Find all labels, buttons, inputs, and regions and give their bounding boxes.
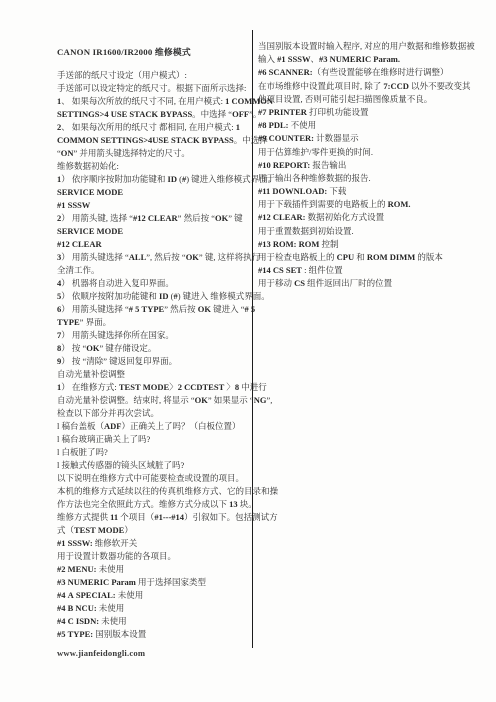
text-line: #8 PDL: 不使用 [258,119,470,132]
text-line: 1） 依序顺序按附加功能键和 ID (#) 键进入维修模式界面。 [57,173,249,186]
text-line: 用于输出各种维修数据的报告. [258,172,470,185]
text-line: #4 B NCU: 未使用 [57,602,249,615]
text-line: #12 CLEAR [57,238,249,251]
text-line: 5） 依顺序按附加功能键和 ID (#) 键进入 维修模式界面。 [57,290,249,303]
text-line: 2） 用箭头键, 选择 “#12 CLEAR” 然后按 “OK” 键 [57,212,249,225]
text-line: TYPE” 界面。 [57,316,249,329]
text-line: 8） 按 “OK” 键存储设定。 [57,342,249,355]
text-line: 用于估算维护/零件更换的时间. [258,146,470,159]
text-line: 手送部可以设定特定的纸尺寸。根据下面所示选择: [57,82,249,95]
text-line: 9） 按 “清除” 键返回复印界面。 [57,355,249,368]
text-line: #9 COUNTER: 计数器显示 [258,132,470,145]
text-line: 在市场维修中设置此项目时, 除了 7:CCD 以外不要改变其 [258,80,470,93]
text-line: 2、 如果每次所用的纸尺寸 都相同, 在用户模式: 1 [57,121,249,134]
text-line: l 白板脏了吗? [57,446,249,459]
text-line: #2 MENU: 未使用 [57,563,249,576]
text-line: 输入 #1 SSSW、#3 NUMERIC Param. [258,53,470,66]
text-line: #4 C ISDN: 未使用 [57,615,249,628]
text-line: 全清工作。 [57,264,249,277]
text-line: #13 ROM: ROM 控制 [258,238,470,251]
text-line: l 接触式传感器的镜头区域脏了吗? [57,459,249,472]
text-line: 手送部的纸尺寸设定（用户模式）: [57,69,249,82]
text-line: #6 SCANNER:（有些设置能够在维修时进行调整） [258,66,470,79]
text-line: “ON” 并用箭头键选择特定的尺寸。 [57,147,249,160]
text-line: #14 CS SET : 组件位置 [258,264,470,277]
text-line: 4） 机器将自动进入复印界面。 [57,277,249,290]
text-line: 当国别版本设置时输入程序, 对应的用户数据和维修数据被 [258,40,470,53]
text-line: 用于检查电路板上的 CPU 和 ROM DIMM 的版本 [258,251,470,264]
text-line: l 稿台盖板（ADF）正确关上了吗？（白板位置） [57,420,249,433]
document-title: CANON IR1600/IR2000 维修模式 [57,45,191,58]
text-line: 维修方式提供 11 个项目（#1---#14）引叙如下。包括测试方 [57,511,249,524]
text-line: COMMON SETTINGS>4USE STACK BYPASS。中选择 [57,134,249,147]
text-line: 本机的维修方式延续以往的传真机维修方式、它的目录和操 [57,485,249,498]
text-line: 用于重置数据到初始设置. [258,225,470,238]
text-line: 作方法也完全依照此方式。维修方式分成以下 13 块。 [57,498,249,511]
text-line: 用于下载插件到需要的电路板上的 ROM. [258,198,470,211]
text-line: #5 TYPE: 国别版本设置 [57,628,249,641]
text-line: #1 SSSW: 维修软开关 [57,537,249,550]
document-page: CANON IR1600/IR2000 维修模式 手送部的纸尺寸设定（用户模式）… [0,0,496,702]
text-line: 用于移动 CS 组件返回出厂时的位置 [258,277,470,290]
text-line: 6） 用箭头键选择 “# 5 TYPE” 然后按 OK 键进入 “# 5 [57,303,249,316]
text-line: #1 SSSW [57,199,249,212]
footer-url: www.jianfeidongli.com [57,648,145,658]
text-line: 他项目设置, 否则可能引起扫描图像质量不良。 [258,93,470,106]
text-line: 自动光量补偿调整 [57,368,249,381]
text-line: 式（TEST MODE） [57,524,249,537]
text-line: 检查以下部分并再次尝试。 [57,407,249,420]
text-line: #7 PRINTER 打印机功能设置 [258,106,470,119]
text-line: SETTINGS>4 USE STACK BYPASS。中选择 “OFF”。 [57,108,249,121]
text-line: 自动光量补偿调整。结束时, 将显示 “OK” 如果显示 “NG”, [57,394,249,407]
text-line: 7） 用箭头键选择你所在国家。 [57,329,249,342]
text-line: 用于设置计数器功能的各项目。 [57,550,249,563]
text-line: #11 DOWNLOAD: 下载 [258,185,470,198]
text-line: #4 A SPECIAL: 未使用 [57,589,249,602]
text-line: 1、 如果每次所放的纸尺寸不同, 在用户模式: 1 COMMON [57,95,249,108]
left-column-text: 手送部的纸尺寸设定（用户模式）:手送部可以设定特定的纸尺寸。根据下面所示选择:1… [57,69,249,641]
column-divider [252,30,253,648]
text-line: SERVICE MODE [57,186,249,199]
text-line: #12 CLEAR: 数据初始化方式设置 [258,211,470,224]
text-line: 1） 在维修方式: TEST MODE〉2 CCDTEST 〉8 中进行 [57,381,249,394]
text-line: #3 NUMERIC Param 用于选择国家类型 [57,576,249,589]
text-line: 以下说明在维修方式中可能要检查或设置的项目。 [57,472,249,485]
text-line: l 稿台玻璃正确关上了吗? [57,433,249,446]
text-line: 3） 用箭头键选择 “ALL”, 然后按 “OK” 键, 这样将执行 [57,251,249,264]
right-column-text: 当国别版本设置时输入程序, 对应的用户数据和维修数据被输入 #1 SSSW、#3… [258,40,470,291]
text-line: SERVICE MODE [57,225,249,238]
text-line: 维修数据初始化: [57,160,249,173]
text-line: #10 REPORT: 报告输出 [258,159,470,172]
